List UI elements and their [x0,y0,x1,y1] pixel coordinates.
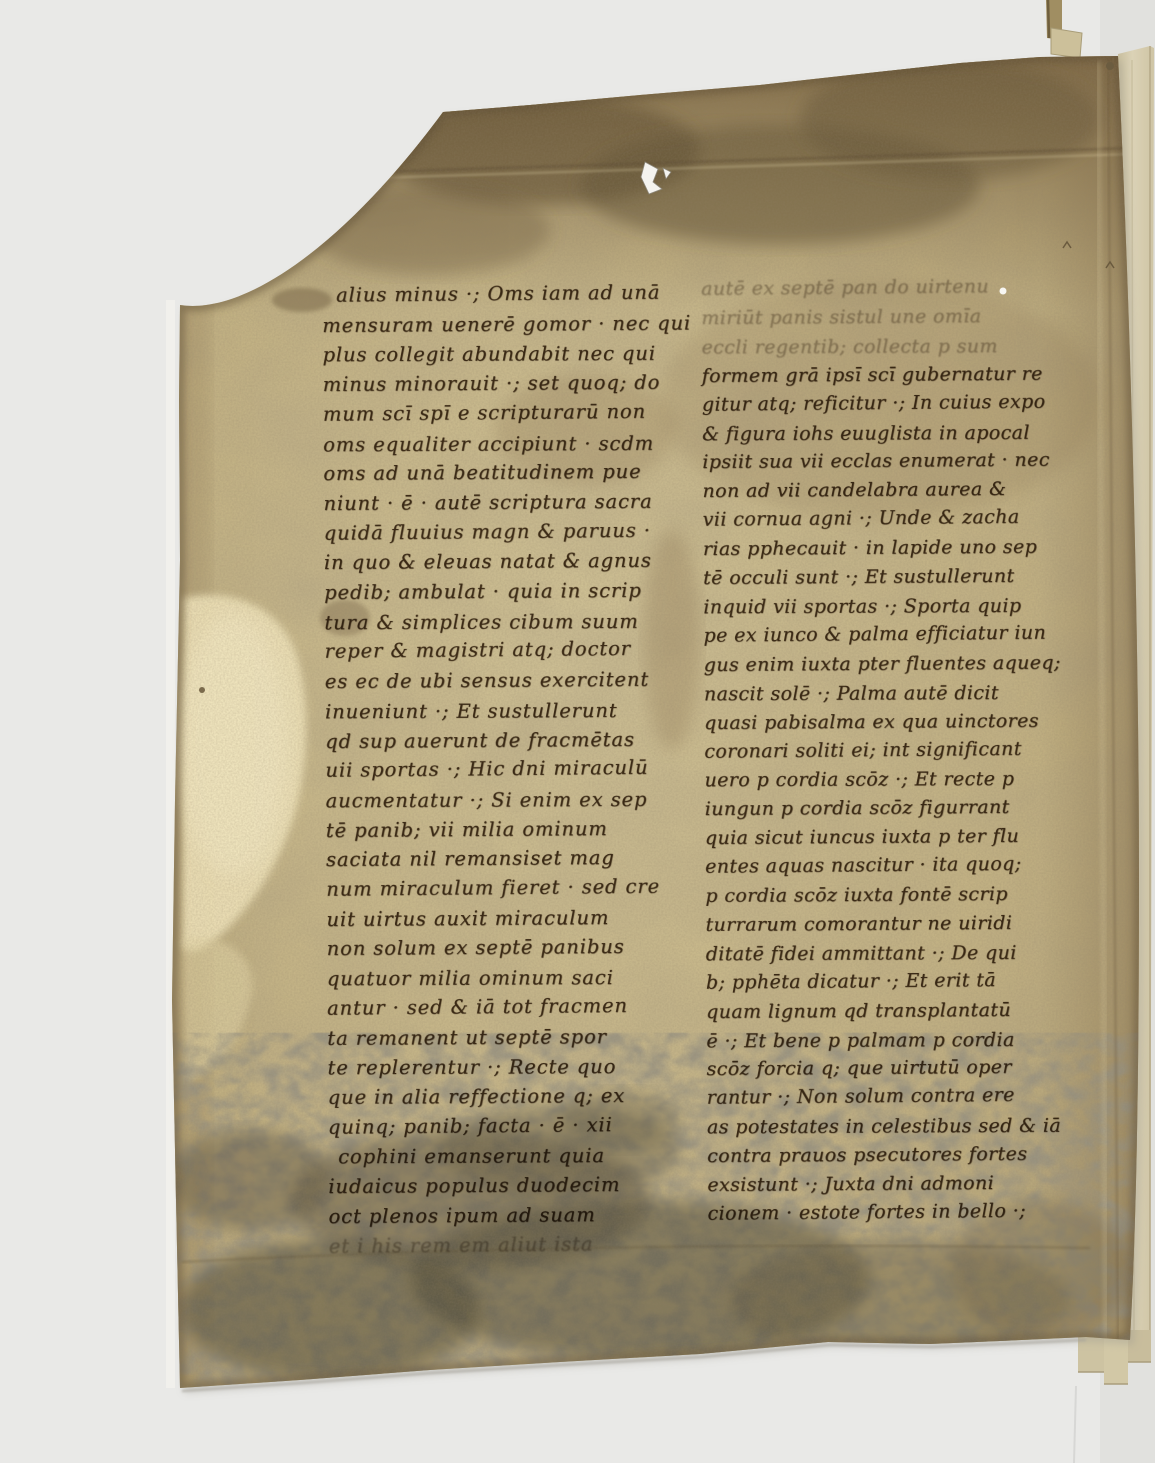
text-line: contra prauos psecutores fortes [707,1140,1059,1171]
text-line: scōz forcia q; que uirtutū oper [706,1053,1058,1084]
text-line: formem grā ipsī scī gubernatur re [702,359,1054,390]
text-line: quasi pabisalma ex qua uinctores [704,706,1056,737]
text-line: p cordia scōz iuxta fontē scrip [705,880,1057,911]
text-line: in quo & eleuas natat & agnus [324,546,669,578]
manuscript-scan: alius minus ·; Oms iam ad unāmensuram ue… [0,0,1155,1463]
dark-speck [199,687,205,693]
text-line: quia sicut iuncus iuxta p ter flu [705,822,1057,853]
text-line: coronari soliti ei; int significant [704,734,1056,766]
text-line: mensuram uenerē gomor · nec qui [322,308,667,340]
text-line: pe ex iunco & palma efficiatur iun [703,618,1055,650]
text-line: quinq; panib; facta · ē · xii [328,1109,673,1142]
bookmark-tab-light [1051,28,1082,58]
text-line: autē ex septē pan do uirtenu [701,272,1053,304]
text-line: cionem · estote fortes in bello ·; [707,1197,1059,1229]
text-line: cophini emanserunt quia [328,1141,673,1172]
text-line: tē occuli sunt ·; Et sustullerunt [703,562,1055,593]
text-line: ē ·; Et bene p palmam p cordia [706,1025,1058,1055]
text-line: pedib; ambulat · quia in scrip [324,576,669,608]
text-line: non solum ex septē panibus [327,932,672,964]
wormhole [1106,62,1114,70]
text-line: nascit solē ·; Palma autē dicit [704,678,1056,708]
text-line: quatuor milia ominum saci [327,963,672,994]
text-line: rias pphecauit · in lapide uno sep [703,533,1055,564]
text-line: miriūt panis sistul une omīa [701,301,1053,332]
text-line: turrarum comorantur ne uiridi [705,908,1057,939]
text-line: alius minus ·; Oms iam ad unā [322,278,667,311]
text-line: as potestates in celestibus sed & iā [707,1112,1059,1142]
text-line: iudaicus populus duodecim [328,1170,673,1202]
text-line: vii cornua agni ·; Unde & zacha [703,503,1055,535]
text-column-right: autē ex septē pan do uirtenumiriūt panis… [701,273,1060,1229]
text-line: mum scī spī e scripturarū non [323,396,668,429]
text-line: oct plenos ipum ad suam [328,1199,673,1231]
text-line: plus collegit abundabit nec qui [322,339,667,370]
text-line: uit uirtus auxit miraculum [326,902,671,934]
text-line: qd sup auerunt de fracmētas [325,724,670,756]
text-column-left: alius minus ·; Oms iam ad unāmensuram ue… [322,279,674,1262]
text-line: eccli regentib; collecta p sum [701,332,1053,362]
text-line: reper & magistri atq; doctor [324,634,669,667]
text-line: gitur atq; reficitur ·; In cuius expo [702,387,1054,419]
under-page-sliver [166,300,175,1388]
text-line: tē panib; vii milia ominum [326,813,671,845]
text-line: minus minorauit ·; set quoq; do [323,368,668,400]
text-line: oms equaliter accipiunt · scdm [323,428,668,459]
text-line: es ec de ubi sensus exercitent [325,665,670,697]
text-line: quidā fluuius magn & paruus · [324,515,669,548]
text-line: iungun p cordia scōz figurrant [705,793,1057,824]
text-line: aucmentatur ·; Si enim ex sep [326,785,671,816]
text-line: b; pphēta dicatur ·; Et erit tā [706,965,1058,997]
text-line: antur · sed & iā tot fracmen [327,990,672,1023]
text-line: num miraculum fieret · sed cre [326,872,671,905]
text-line: inueniunt ·; Et sustullerunt [325,696,670,727]
text-line: entes aquas nascitur · ita quoq; [705,850,1057,882]
text-line: ta remanent ut septē spor [327,1021,672,1053]
text-line: rantur ·; Non solum contra ere [707,1081,1059,1113]
text-line: ipsiit sua vii ecclas enumerat · nec [702,446,1054,477]
text-line: & figura iohs euuglista in apocal [702,418,1054,448]
text-line: oms ad unā beatitudinem pue [323,457,668,489]
text-line: saciata nil remansiset mag [326,843,671,875]
text-line: uero p cordia scōz ·; Et recte p [704,765,1056,795]
text-line: exsistunt ·; Juxta dni admoni [707,1169,1059,1200]
text-line: non ad vii candelabra aurea & [702,475,1054,506]
text-line: gus enim iuxta pter fluentes aqueq; [704,648,1056,679]
text-line: ditatē fidei ammittant ·; De qui [706,939,1058,969]
text-line: que in alia reffectione q; ex [328,1081,673,1113]
text-line: inquid vii sportas ·; Sporta quip [703,592,1055,622]
text-line: niunt · ē · autē scriptura sacra [323,487,668,519]
text-line: et i his rem em aliut ista [329,1228,674,1261]
text-line: te replerentur ·; Recte quo [327,1052,672,1083]
text-line: uii sportas ·; Hic dni miraculū [325,753,670,786]
text-line: quam lignum qd transplantatū [706,995,1058,1026]
